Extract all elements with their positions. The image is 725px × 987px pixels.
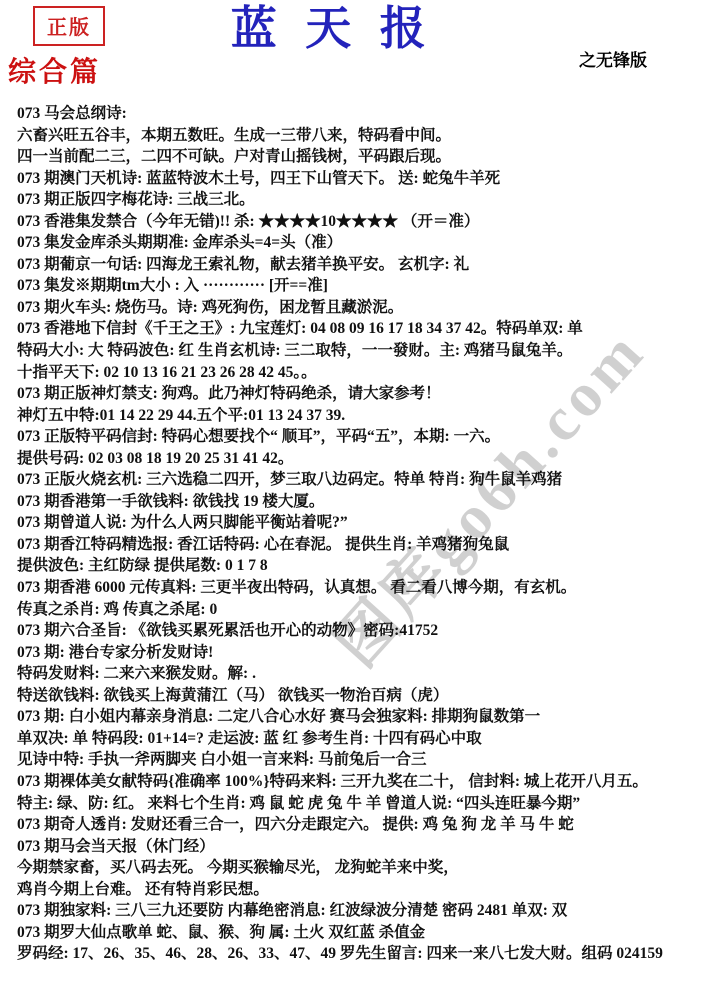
text-line: 073 期: 白小姐内幕亲身消息: 二定八合心水好 赛马会独家料: 排期狗鼠数第…	[17, 706, 717, 728]
report-page: 正版 蓝天报 之无锋版 综合篇 图库go6h.com 073 马会总纲诗:六畜兴…	[0, 0, 725, 987]
text-line: 073 期正版四字梅花诗: 三战三北。	[17, 189, 717, 211]
text-line: 073 期香港 6000 元传真料: 三更半夜出特码，认真想。 看二看八博今期，…	[17, 577, 717, 599]
text-line: 十指平天下: 02 10 13 16 21 23 26 28 42 45。。	[17, 362, 717, 384]
text-line: 073 期裸体美女献特码{准确率 100%}特码来料: 三开九奖在二十， 信封料…	[17, 771, 717, 793]
text-line: 特主: 绿、防: 红。 来料七个生肖: 鸡 鼠 蛇 虎 兔 牛 羊 曾道人说: …	[17, 793, 717, 815]
text-line: 073 期奇人透肖: 发财还看三合一，四六分走跟定六。 提供: 鸡 兔 狗 龙 …	[17, 814, 717, 836]
text-line: 073 期六合圣旨: 《欲钱买累死累活也开心的动物》密码:41752	[17, 620, 717, 642]
text-line: 特送欲钱料: 欲钱买上海黄蒲江（马） 欲钱买一物治百病（虎）	[17, 685, 717, 707]
text-line: 073 马会总纲诗:	[17, 103, 717, 125]
text-line: 073 期火车头: 烧伤马。诗: 鸡死狗伤，困龙暂且藏淤泥。	[17, 297, 717, 319]
text-line: 073 期澳门天机诗: 蓝蓝特波木土号，四王下山管天下。 送: 蛇兔牛羊死	[17, 168, 717, 190]
text-line: 073 集发※期期tm大小 : 入 ············ [开==准]	[17, 275, 717, 297]
text-line: 073 正版火烧玄机: 三六选稳二四开，梦三取八边码定。特单 特肖: 狗牛鼠羊鸡…	[17, 469, 717, 491]
text-line: 073 期香港第一手欲钱料: 欲钱找 19 楼大厦。	[17, 491, 717, 513]
text-line: 提供波色: 主红防绿 提供尾数: 0 1 7 8	[17, 555, 717, 577]
text-line: 073 正版特平码信封: 特码心想要找个“ 顺耳”，平码“五”，本期: 一六。	[17, 426, 717, 448]
text-line: 073 期香江特码精选报: 香江话特码: 心在春泥。 提供生肖: 羊鸡猪狗兔鼠	[17, 534, 717, 556]
text-line: 鸡肖今期上台难。 还有特肖彩民想。	[17, 879, 717, 901]
text-line: 073 香港地下信封《千王之王》: 九宝莲灯: 04 08 09 16 17 1…	[17, 318, 717, 340]
text-line: 提供号码: 02 03 08 18 19 20 25 31 41 42。	[17, 448, 717, 470]
text-line: 073 集发金库杀头期期准: 金库杀头=4=头（准）	[17, 232, 717, 254]
text-line: 罗码经: 17、26、35、46、28、26、33、47、49 罗先生留言: 四…	[17, 943, 717, 965]
text-line: 073 期马会当天报（休门经）	[17, 836, 717, 858]
text-line: 073 期: 港台专家分析发财诗!	[17, 642, 717, 664]
text-line: 神灯五中特:01 14 22 29 44.五个平:01 13 24 37 39.	[17, 405, 717, 427]
body-text: 073 马会总纲诗:六畜兴旺五谷丰，本期五数旺。生成一三带八来，特码看中间。四一…	[17, 103, 717, 965]
text-line: 六畜兴旺五谷丰，本期五数旺。生成一三带八来，特码看中间。	[17, 125, 717, 147]
text-line: 073 香港集发禁合（今年无错)!! 杀: ★★★★10★★★★ （开＝准）	[17, 211, 717, 233]
text-line: 见诗中特: 手执一斧两脚夹 白小姐一言来料: 马前兔后一合三	[17, 749, 717, 771]
text-line: 073 期罗大仙点歌单 蛇、鼠、猴、狗 属: 土火 双红蓝 杀值金	[17, 922, 717, 944]
section-title: 综合篇	[8, 50, 101, 90]
text-line: 传真之杀肖: 鸡 传真之杀尾: 0	[17, 599, 717, 621]
text-line: 073 期独家料: 三八三九还要防 内幕绝密消息: 红波绿波分清楚 密码 248…	[17, 900, 717, 922]
edition-label: 之无锋版	[579, 46, 647, 71]
text-line: 四一当前配二三，二四不可缺。户对青山摇钱树，平码跟后现。	[17, 146, 717, 168]
text-line: 今期禁家畜，买八码去死。 今期买猴输尽光， 龙狗蛇羊来中奖，	[17, 857, 717, 879]
text-line: 特码发财料: 二来六来猴发财。解: .	[17, 663, 717, 685]
text-line: 单双决: 单 特码段: 01+14=? 走运波: 蓝 红 参考生肖: 十四有码心…	[17, 728, 717, 750]
text-line: 073 期曾道人说: 为什么人两只脚能平衡站着呢?”	[17, 512, 717, 534]
text-line: 特码大小: 大 特码波色: 红 生肖玄机诗: 三二取特，一一發财。主: 鸡猪马鼠…	[17, 340, 717, 362]
text-line: 073 期葡京一句话: 四海龙王索礼物，献去猪羊换平安。 玄机字: 礼	[17, 254, 717, 276]
text-line: 073 期正版神灯禁支: 狗鸡。此乃神灯特码绝杀，请大家参考！	[17, 383, 717, 405]
